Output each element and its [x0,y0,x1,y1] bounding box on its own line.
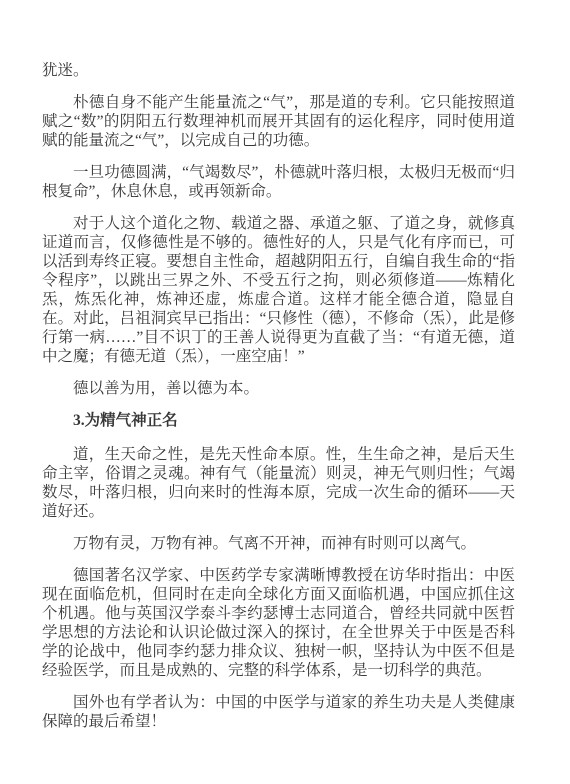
paragraph: 朴德自身不能产生能量流之“气”，那是道的专利。它只能按照道赋之“数”的阴阳五行数… [42,93,515,150]
paragraph: 国外也有学者认为：中国的中医学与道家的养生功夫是人类健康保障的最后希望！ [42,693,515,731]
document-page: 犹迷。 朴德自身不能产生能量流之“气”，那是道的专利。它只能按照道赋之“数”的阴… [0,0,570,784]
section-heading: 3.为精气神正名 [42,411,515,430]
paragraph: 德国著名汉学家、中医药学专家满晰博教授在访华时指出：中医现在面临危机，但同时在走… [42,566,515,680]
paragraph: 一旦功德圆满，“气竭数尽”，朴德就叶落归根，太极归无极而“归根复命”，休息休息，… [42,163,515,201]
paragraph: 道，生天命之性，是先天性命本原。性，生生命之神，是后天生命主宰，俗谓之灵魂。神有… [42,445,515,521]
paragraph-continuation: 犹迷。 [42,61,515,80]
paragraph: 万物有灵，万物有神。气离不开神，而神有时则可以离气。 [42,534,515,553]
paragraph: 德以善为用，善以德为本。 [42,379,515,398]
paragraph: 对于人这个道化之物、载道之器、承道之躯、了道之身，就修真证道而言，仅修德性是不够… [42,214,515,366]
